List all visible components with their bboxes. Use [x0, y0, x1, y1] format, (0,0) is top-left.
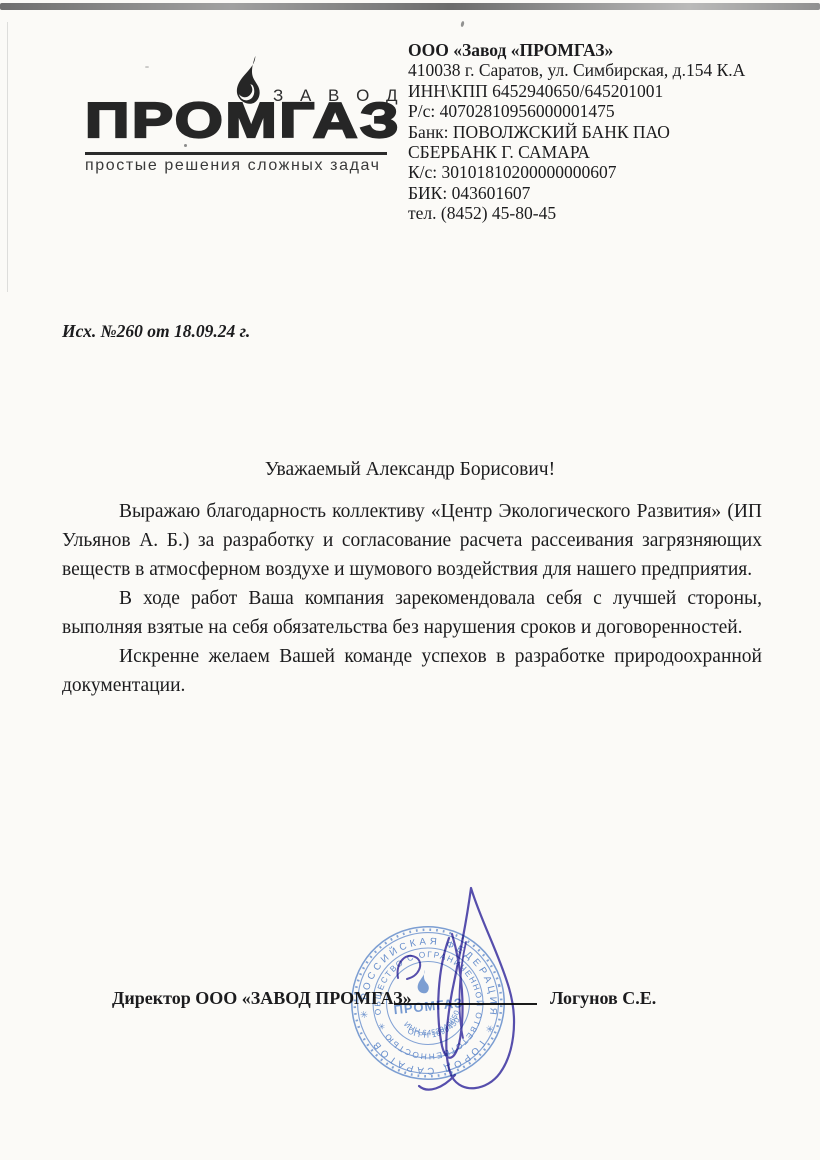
body-paragraph-2: В ходе работ Ваша компания зарекомендова… — [62, 584, 762, 642]
logo-wordmark: ПРОМГАЗ — [85, 97, 401, 146]
logo-divider — [85, 152, 387, 155]
scan-edge-artifact — [0, 3, 820, 10]
company-name: ООО «Завод «ПРОМГАЗ» — [408, 40, 798, 60]
company-address: 410038 г. Саратов, ул. Симбирская, д.154… — [408, 60, 798, 80]
company-details: ООО «Завод «ПРОМГАЗ» 410038 г. Саратов, … — [408, 40, 798, 224]
body-paragraph-3: Искренне желаем Вашей команде успехов в … — [62, 642, 762, 700]
scan-edge-artifact-left — [7, 22, 8, 292]
company-account: Р/с: 40702810956000001475 — [408, 101, 798, 121]
company-phone: тел. (8452) 45-80-45 — [408, 203, 798, 223]
company-corr-account: К/с: 30101810200000000607 — [408, 162, 798, 182]
letter-body: Выражаю благодарность коллективу «Центр … — [62, 497, 762, 700]
outgoing-reference: Исх. №260 от 18.09.24 г. — [62, 321, 250, 342]
signer-name: Логунов С.Е. — [550, 988, 656, 1009]
company-logo: З А В О Д ПРОМГАЗ простые решения сложны… — [85, 55, 387, 175]
company-bik: БИК: 043601607 — [408, 183, 798, 203]
company-bank-1: Банк: ПОВОЛЖСКИЙ БАНК ПАО — [408, 122, 798, 142]
logo-tagline: простые решения сложных задач — [85, 157, 387, 175]
letter-page: З А В О Д ПРОМГАЗ простые решения сложны… — [0, 0, 820, 1160]
scan-speck — [460, 21, 464, 28]
company-inn-kpp: ИНН\КПП 6452940650/645201001 — [408, 81, 798, 101]
company-bank-2: СБЕРБАНК Г. САМАРА — [408, 142, 798, 162]
salutation: Уважаемый Александр Борисович! — [0, 459, 820, 481]
body-paragraph-1: Выражаю благодарность коллективу «Центр … — [62, 497, 762, 584]
handwritten-signature — [375, 872, 545, 1107]
